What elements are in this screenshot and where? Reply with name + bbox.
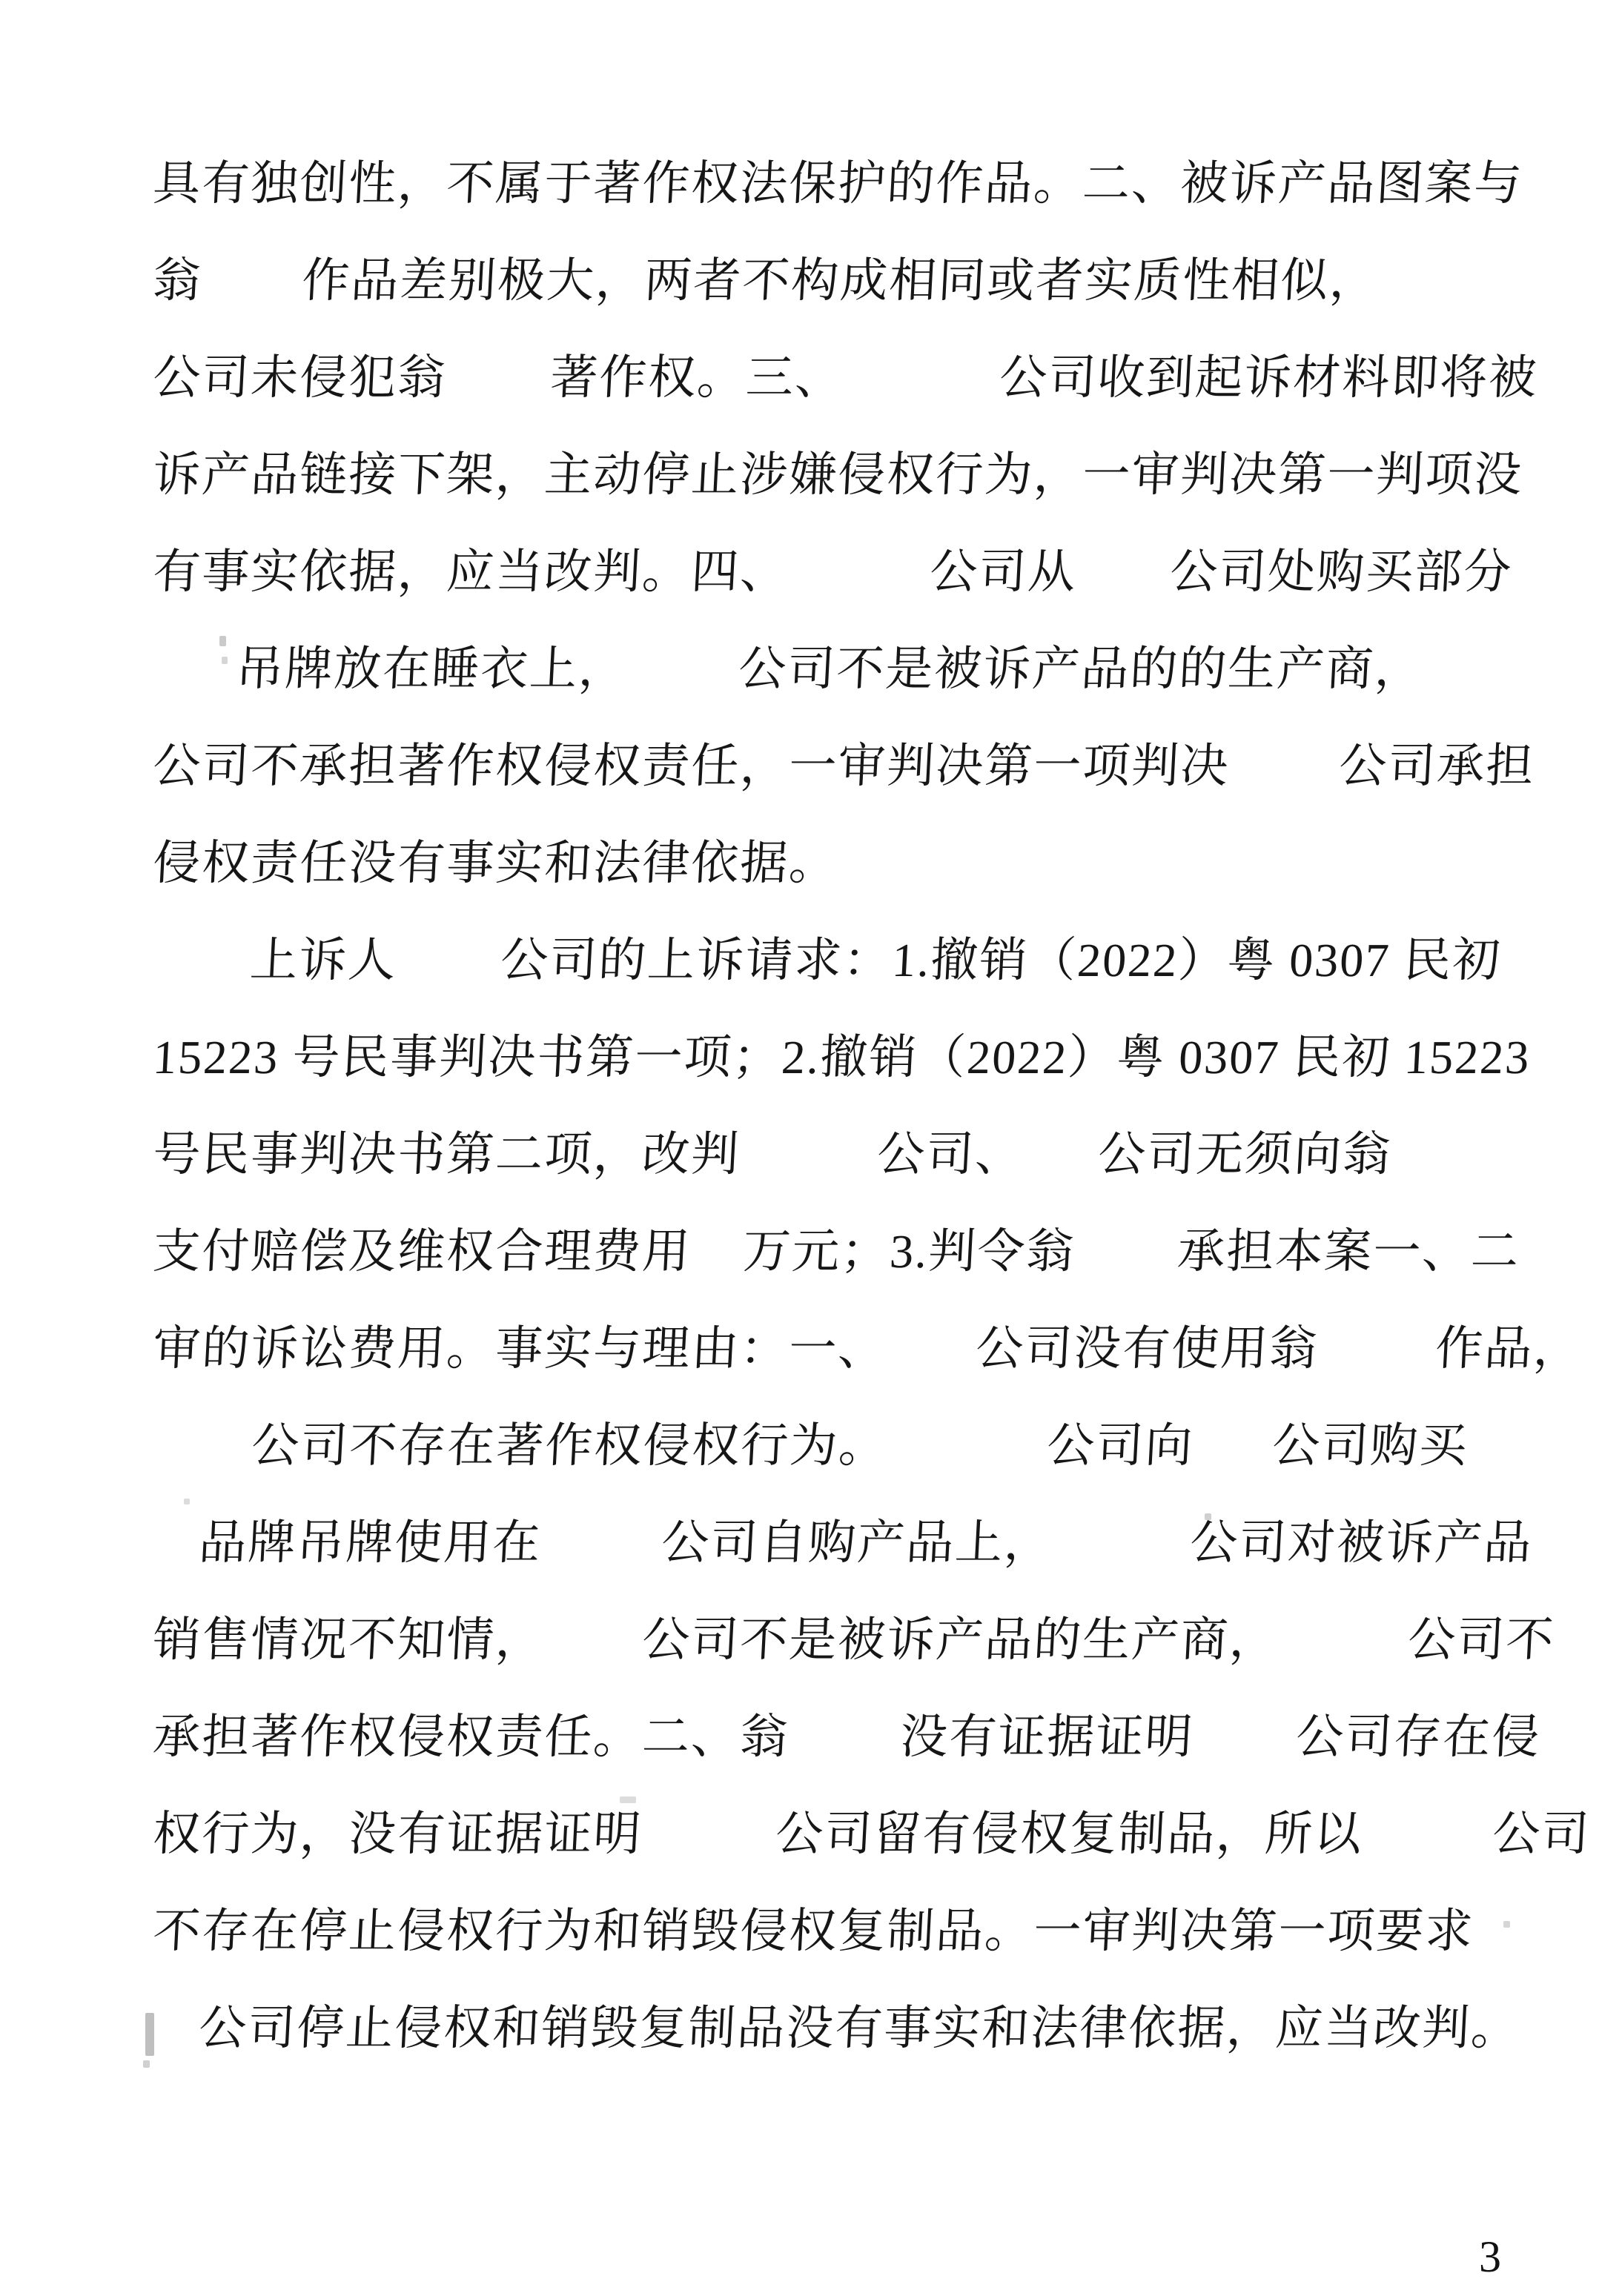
text-segment: 公司存在侵 bbox=[1295, 1711, 1543, 1763]
text-segment: 著作权。三、 bbox=[549, 351, 846, 404]
scan-artifact bbox=[1503, 1921, 1510, 1928]
text-segment: 具有独创性，不属于著作权法保护的作品。二、被诉产品图案与 bbox=[152, 157, 1525, 210]
redaction-gap bbox=[1317, 1364, 1434, 1364]
text-line: 具有独创性，不属于著作权法保护的作品。二、被诉产品图案与 bbox=[150, 135, 1535, 232]
text-segment: 公司收到起诉材料即将被 bbox=[999, 351, 1540, 404]
text-line: 号民事判决书第二项，改判公司、公司无须向翁 bbox=[150, 1106, 1535, 1203]
text-segment: 销售情况不知情， bbox=[152, 1613, 546, 1666]
redaction-gap bbox=[152, 684, 235, 685]
text-segment: 公司未侵犯翁 bbox=[152, 351, 448, 404]
redaction-gap bbox=[1193, 1461, 1271, 1461]
text-segment: 号民事判决书第二项，改判 bbox=[152, 1128, 742, 1181]
text-line: 品牌吊牌使用在公司自购产品上，公司对被诉产品 bbox=[150, 1494, 1535, 1591]
text-segment: 作品差别极大，两者不构成相同或者实质性相似， bbox=[301, 254, 1380, 307]
text-segment: 品牌吊牌使用在 bbox=[198, 1516, 543, 1569]
redaction-gap bbox=[641, 1849, 775, 1850]
text-segment: 公司不是被诉产品的生产商， bbox=[641, 1613, 1280, 1666]
text-line: 公司不存在著作权侵权行为。公司向公司购买 bbox=[150, 1397, 1535, 1494]
text-line: 不存在停止侵权行为和销毁侵权复制品。一审判决第一项要求 bbox=[150, 1882, 1535, 1980]
redaction-gap bbox=[201, 296, 301, 296]
document-body: 具有独创性，不属于著作权法保护的作品。二、被诉产品图案与翁作品差别极大，两者不构… bbox=[150, 135, 1529, 2077]
redaction-gap bbox=[1074, 1267, 1176, 1267]
redaction-gap bbox=[152, 1558, 198, 1559]
redaction-gap bbox=[690, 1267, 742, 1267]
text-segment: 公司对被诉产品 bbox=[1189, 1516, 1535, 1569]
text-segment: 公司自购产品上， bbox=[661, 1516, 1055, 1569]
text-segment: 公司处购买部分 bbox=[1169, 545, 1515, 598]
redaction-gap bbox=[152, 2043, 198, 2044]
text-segment: 有事实依据，应当改判。四、 bbox=[152, 545, 791, 598]
redaction-gap bbox=[152, 975, 249, 976]
text-segment: 公司购买 bbox=[1271, 1419, 1470, 1472]
text-line: 权行为，没有证据证明公司留有侵权复制品，所以公司 bbox=[150, 1785, 1535, 1882]
text-segment: 公司留有侵权复制品，所以 bbox=[775, 1808, 1365, 1860]
text-line: 审的诉讼费用。事实与理由：一、公司没有使用翁作品， bbox=[150, 1300, 1535, 1397]
redaction-gap bbox=[739, 1169, 876, 1170]
text-line: 公司未侵犯翁著作权。三、公司收到起诉材料即将被 bbox=[150, 329, 1535, 426]
redaction-gap bbox=[543, 1655, 641, 1656]
text-segment: 公司、 bbox=[876, 1128, 1026, 1181]
redaction-gap bbox=[396, 975, 500, 976]
text-segment: 公司不存在著作权侵权行为。 bbox=[251, 1419, 890, 1472]
text-line: 公司停止侵权和销毁复制品没有事实和法律依据，应当改判。 bbox=[150, 1980, 1535, 2077]
text-line: 吊牌放在睡衣上，公司不是被诉产品的的生产商， bbox=[150, 620, 1535, 717]
text-segment: 不存在停止侵权行为和销毁侵权复制品。一审判决第一项要求 bbox=[152, 1905, 1476, 1957]
scan-artifact bbox=[222, 657, 228, 664]
text-segment: 公司停止侵权和销毁复制品没有事实和法律依据，应当改判。 bbox=[198, 2002, 1522, 2054]
text-segment: 诉产品链接下架，主动停止涉嫌侵权行为，一审判决第一判项没 bbox=[152, 448, 1525, 501]
text-line: 销售情况不知情，公司不是被诉产品的生产商，公司不 bbox=[150, 1591, 1535, 1688]
text-segment: 翁 bbox=[152, 254, 204, 307]
text-line: 15223 号民事判决书第一项；2.撤销（2022）粤 0307 民初 1522… bbox=[150, 1009, 1535, 1106]
text-segment: 支付赔偿及维权合理费用 bbox=[152, 1225, 693, 1278]
text-segment: 公司不是被诉产品的的生产商， bbox=[738, 643, 1426, 695]
redaction-gap bbox=[446, 393, 549, 394]
text-line: 承担著作权侵权责任。二、翁没有证据证明公司存在侵 bbox=[150, 1688, 1535, 1785]
redaction-gap bbox=[1228, 781, 1338, 782]
text-segment: 公司承担 bbox=[1338, 740, 1537, 792]
text-line: 诉产品链接下架，主动停止涉嫌侵权行为，一审判决第一判项没 bbox=[150, 426, 1535, 523]
text-line: 支付赔偿及维权合理费用万元；3.判令翁承担本案一、二 bbox=[150, 1203, 1535, 1300]
text-segment: 吊牌放在睡衣上， bbox=[235, 643, 629, 695]
redaction-gap bbox=[1193, 1752, 1295, 1753]
redaction-gap bbox=[1052, 1558, 1189, 1559]
redaction-gap bbox=[1076, 587, 1169, 588]
text-segment: 权行为，没有证据证明 bbox=[152, 1808, 644, 1860]
redaction-gap bbox=[1362, 1849, 1492, 1850]
text-segment: 公司不 bbox=[1407, 1613, 1557, 1666]
text-segment: 上诉人 bbox=[249, 934, 399, 986]
text-line: 公司不承担著作权侵权责任，一审判决第一项判决公司承担 bbox=[150, 717, 1535, 814]
text-segment: 承担本案一、二 bbox=[1176, 1225, 1522, 1278]
text-segment: 公司的上诉请求：1.撤销（2022）粤 0307 民初 bbox=[500, 934, 1503, 986]
page-number: 3 bbox=[1479, 2223, 1501, 2290]
judgment-document-page: 具有独创性，不属于著作权法保护的作品。二、被诉产品图案与翁作品差别极大，两者不构… bbox=[0, 0, 1622, 2296]
text-segment: 侵权责任没有事实和法律依据。 bbox=[152, 837, 840, 889]
redaction-gap bbox=[626, 684, 738, 685]
text-segment: 万元；3.判令翁 bbox=[742, 1225, 1077, 1278]
text-segment: 公司无须向翁 bbox=[1097, 1128, 1394, 1181]
text-segment: 公司没有使用翁 bbox=[975, 1322, 1320, 1375]
redaction-gap bbox=[152, 1461, 251, 1461]
scan-artifact bbox=[143, 2060, 150, 2068]
scan-artifact bbox=[1205, 1513, 1211, 1520]
text-segment: 公司向 bbox=[1046, 1419, 1196, 1472]
text-segment: 承担著作权侵权责任。二、翁 bbox=[152, 1711, 791, 1763]
redaction-gap bbox=[886, 1364, 975, 1364]
scan-artifact bbox=[184, 1499, 190, 1504]
text-line: 有事实依据，应当改判。四、公司从公司处购买部分 bbox=[150, 523, 1535, 620]
text-segment: 没有证据证明 bbox=[899, 1711, 1196, 1763]
text-segment: 公司不承担著作权侵权责任，一审判决第一项判决 bbox=[152, 740, 1231, 792]
redaction-gap bbox=[1277, 1655, 1407, 1656]
scan-artifact bbox=[145, 2013, 154, 2056]
redaction-gap bbox=[843, 393, 999, 394]
text-line: 翁作品差别极大，两者不构成相同或者实质性相似， bbox=[150, 232, 1535, 329]
scan-artifact bbox=[219, 636, 226, 646]
text-segment: 15223 号民事判决书第一项；2.撤销（2022）粤 0307 民初 1522… bbox=[152, 1031, 1532, 1084]
redaction-gap bbox=[887, 1461, 1046, 1461]
scan-artifact bbox=[620, 1796, 636, 1803]
text-line: 侵权责任没有事实和法律依据。 bbox=[150, 814, 1535, 912]
redaction-gap bbox=[788, 1752, 899, 1753]
text-segment: 审的诉讼费用。事实与理由：一、 bbox=[152, 1322, 889, 1375]
redaction-gap bbox=[1023, 1169, 1097, 1170]
text-segment: 公司 bbox=[1492, 1808, 1592, 1860]
text-segment: 公司从 bbox=[929, 545, 1079, 598]
text-segment: 作品， bbox=[1434, 1322, 1584, 1375]
redaction-gap bbox=[788, 587, 929, 588]
redaction-gap bbox=[540, 1558, 661, 1559]
text-line: 上诉人公司的上诉请求：1.撤销（2022）粤 0307 民初 bbox=[150, 912, 1535, 1009]
